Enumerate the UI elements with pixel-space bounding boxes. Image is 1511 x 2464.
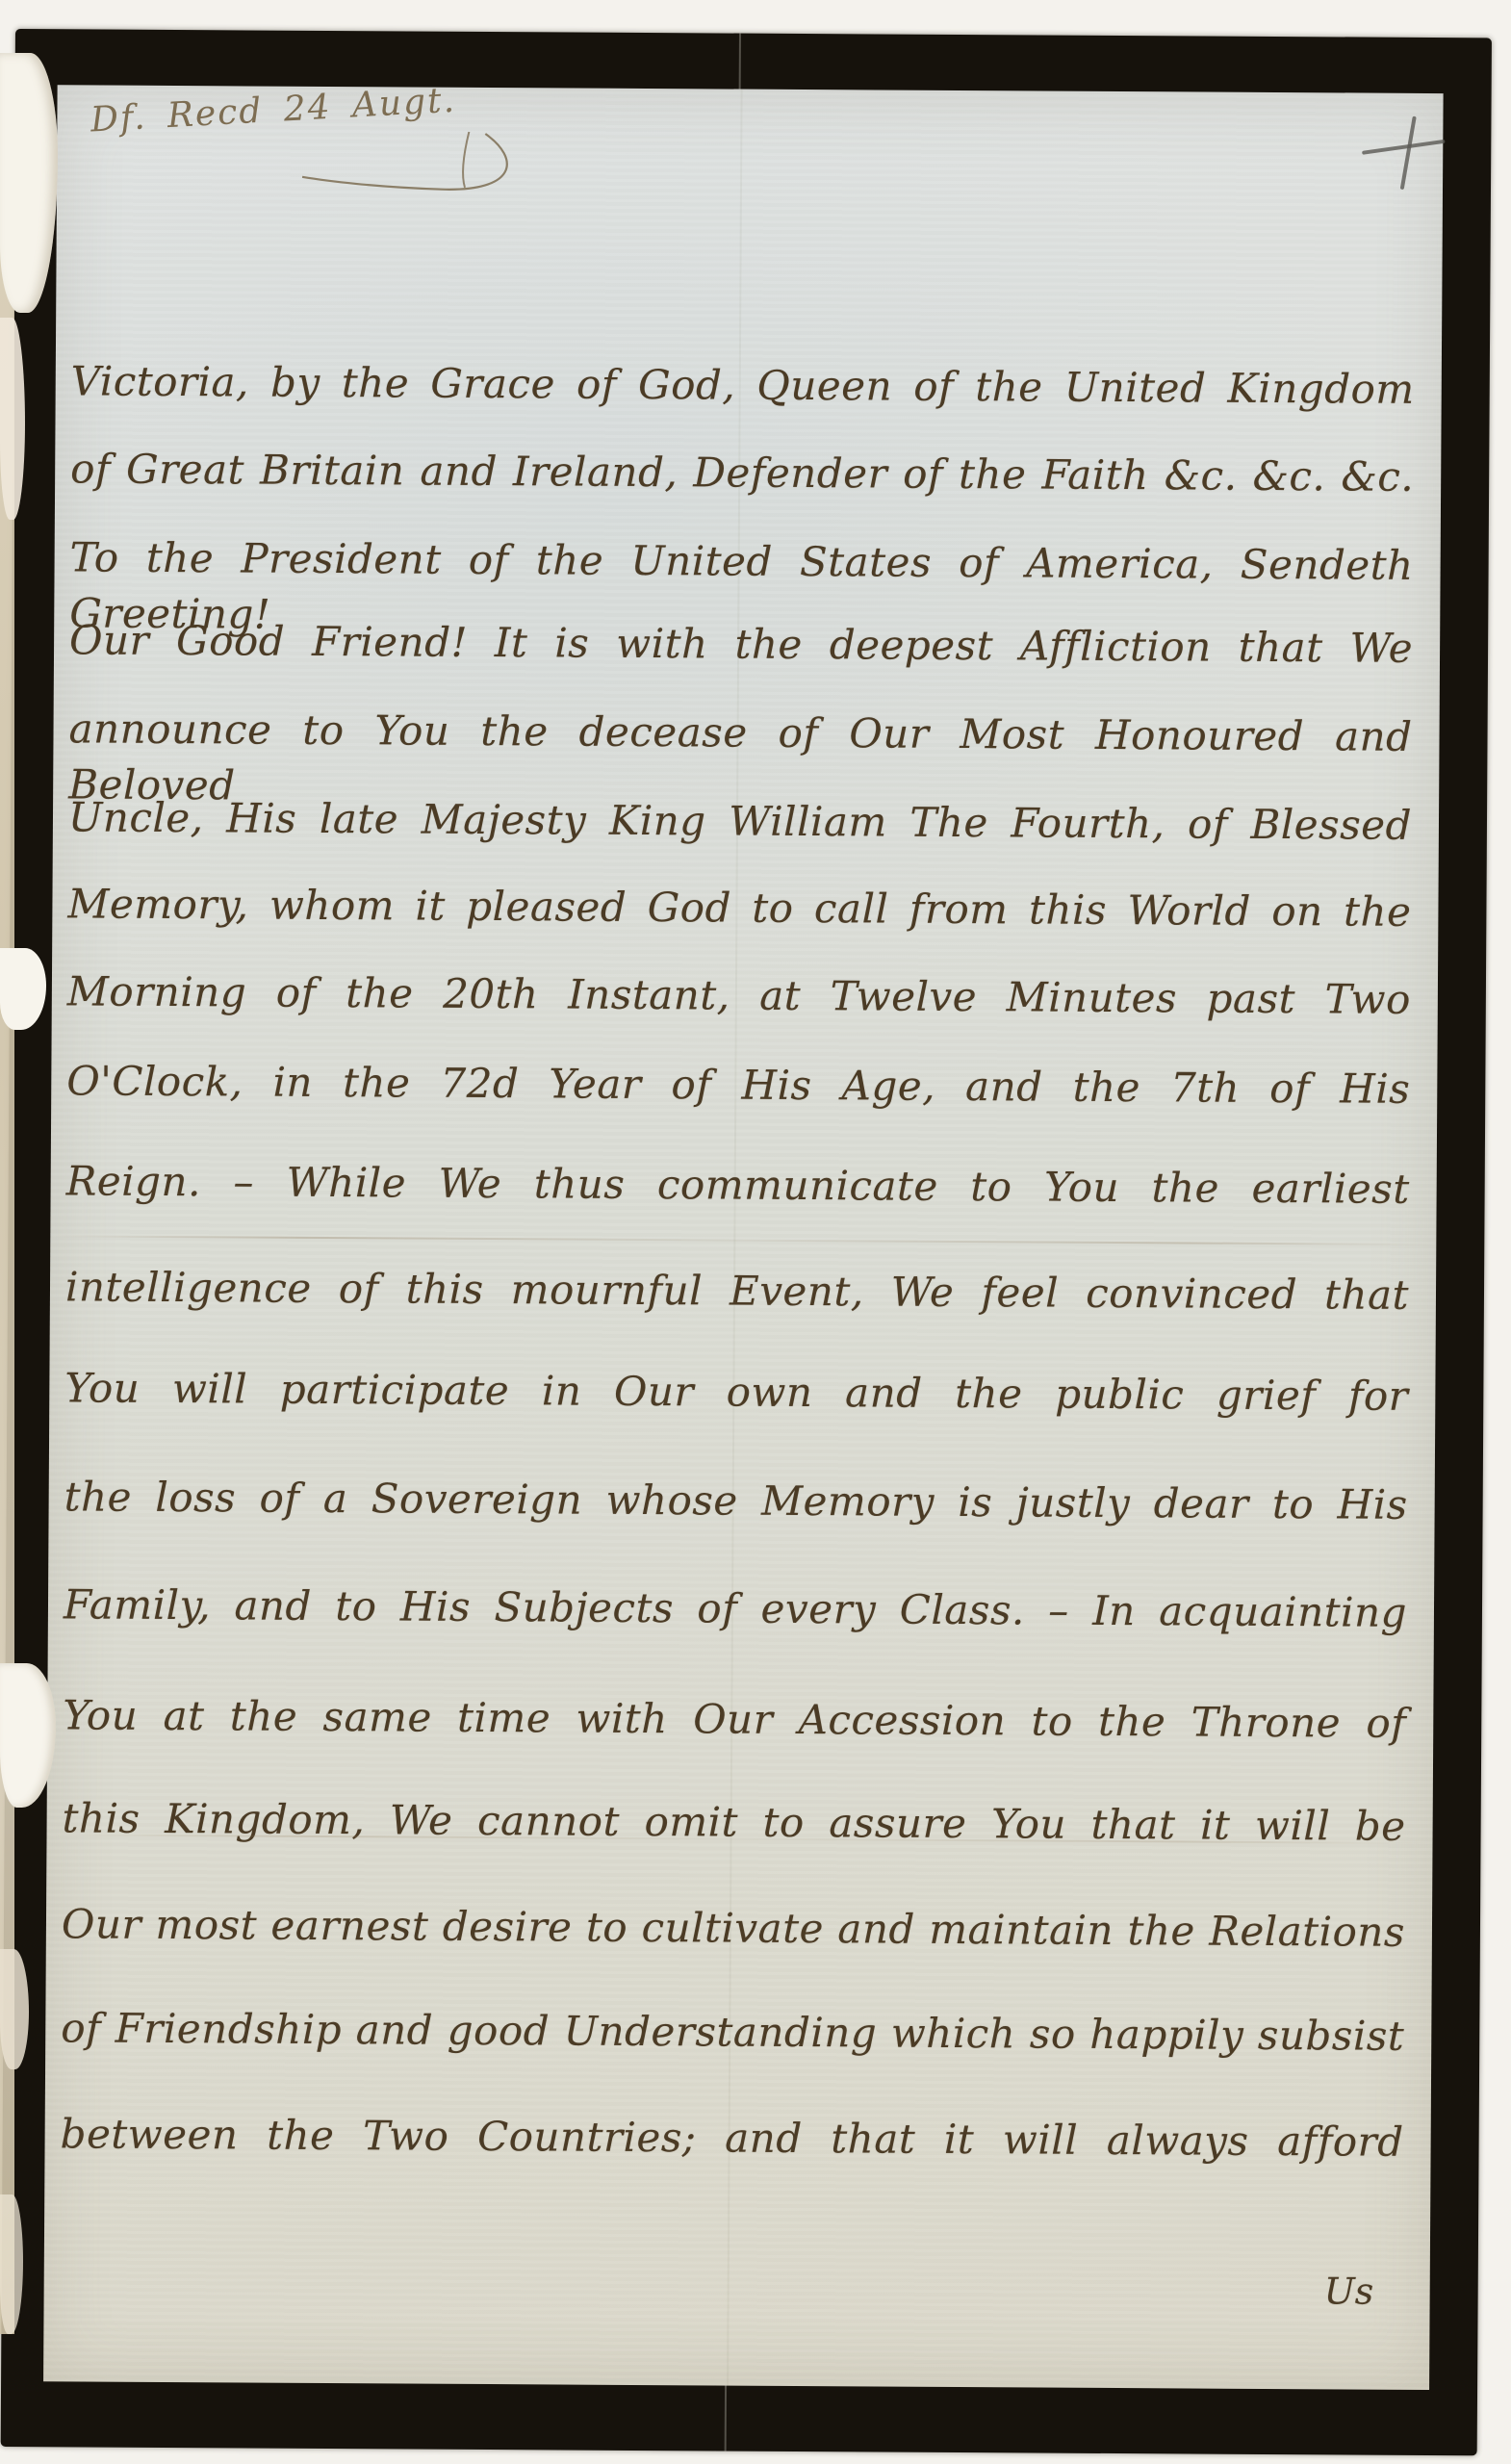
manuscript-line: of Friendship and good Understanding whi…: [61, 2000, 1404, 2068]
manuscript-line: of Great Britain and Ireland, Defender o…: [70, 441, 1414, 509]
manuscript-line: Family, and to His Subjects of every Cla…: [64, 1577, 1407, 1645]
manuscript-line: between the Two Countries; and that it w…: [60, 2106, 1403, 2174]
manuscript-line: To the President of the United States of…: [69, 529, 1413, 598]
manuscript-line: Memory, whom it pleased God to call from…: [67, 876, 1411, 944]
manuscript-line: O'Clock, in the 72d Year of His Age, and…: [66, 1053, 1410, 1121]
manuscript-line: announce to You the decease of Our Most …: [68, 701, 1412, 769]
manuscript-line: intelligence of this mournful Event, We …: [65, 1259, 1409, 1327]
manuscript-line: this Kingdom, We cannot omit to assure Y…: [62, 1790, 1405, 1859]
manuscript-line: You will participate in Our own and the …: [64, 1360, 1408, 1428]
manuscript-line: the loss of a Sovereign whose Memory is …: [64, 1469, 1407, 1537]
mourning-border: Df. Recd 24 Augt. Victoria, by the Grace…: [1, 29, 1492, 2455]
manuscript-line: Uncle, His late Majesty King William The…: [68, 789, 1412, 858]
horizontal-fold-crease: [50, 1235, 1436, 1245]
manuscript-line: Victoria, by the Grace of God, Queen of …: [71, 353, 1415, 422]
manuscript-line: Reign. – While We thus communicate to Yo…: [65, 1153, 1409, 1221]
manuscript-line: You at the same time with Our Accession …: [63, 1687, 1406, 1756]
letter-page: Df. Recd 24 Augt. Victoria, by the Grace…: [43, 85, 1444, 2390]
pencil-cross-icon: [1358, 115, 1450, 192]
manuscript-line: Morning of the 20th Instant, at Twelve M…: [67, 963, 1411, 1032]
manuscript-line: Our most earnest desire to cultivate and…: [62, 1896, 1405, 1964]
docket-flourish: [297, 131, 528, 209]
manuscript-line: Our Good Friend! It is with the deepest …: [69, 612, 1413, 680]
torn-binding-remnant: [0, 1949, 29, 2069]
catchword: Us: [1324, 2270, 1374, 2312]
